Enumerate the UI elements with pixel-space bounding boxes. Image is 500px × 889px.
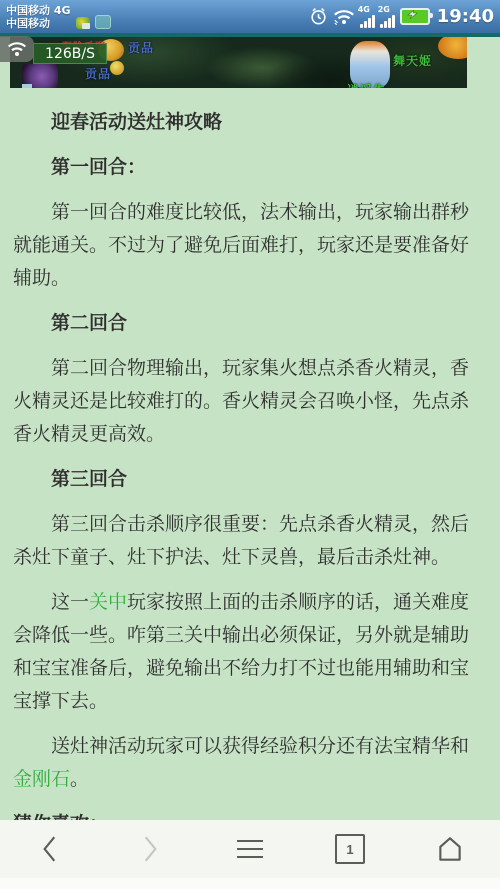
menu-button[interactable] [228, 829, 272, 869]
article-content: 迎春活动送灶神攻略 第一回合： 第一回合的难度比较低，法术输出，玩家输出群秒就能… [0, 88, 500, 820]
game-screenshot[interactable]: 驱除夭邪 贡品 贡品 舞天姬 逍遥生 126B/S [10, 37, 467, 88]
tribute-label-2: 贡品 [85, 65, 111, 82]
reward-text-post: 。 [70, 768, 89, 790]
paragraph-round-3-kill-order: 第三回合击杀顺序很重要：先点杀香火精灵，然后杀灶下童子、灶下护法、灶下灵兽，最后… [13, 508, 487, 574]
flower-sprite [438, 37, 467, 59]
heading-round-3: 第三回合 [13, 463, 487, 496]
paragraph-reward: 送灶神活动玩家可以获得经验积分还有法宝精华和金刚石。 [13, 730, 487, 796]
wifi-overlay-tab[interactable] [0, 36, 34, 62]
banner[interactable]: 驱除夭邪 贡品 贡品 舞天姬 逍遥生 126B/S [0, 33, 500, 88]
wifi-icon [333, 8, 355, 25]
alarm-clock-icon [309, 7, 328, 26]
tabs-icon: 1 [335, 834, 365, 864]
browser-navbar: 1 [0, 820, 500, 878]
network-speed-value: 126B/S [45, 46, 95, 62]
paragraph-tips: 这一关中玩家按照上面的击杀顺序的话，通关难度会降低一些。咋第三关中输出必须保证，… [13, 586, 487, 718]
paragraph-round-1: 第一回合的难度比较低，法术输出，玩家输出群秒就能通关。不过为了避免后面难打，玩家… [13, 196, 487, 295]
forward-icon [139, 834, 161, 864]
tips-text-pre: 这一 [51, 591, 89, 613]
wifi-overlay-icon [7, 41, 27, 57]
network-speed-indicator: 126B/S [33, 43, 107, 64]
signal-4g-label: 4G [358, 5, 370, 14]
gold-item-sprite [110, 61, 124, 75]
signal-4g-icon: 4G [360, 6, 375, 28]
tab-count: 1 [346, 842, 353, 857]
forward-button[interactable] [128, 829, 172, 869]
signal-2g-label: 2G [378, 5, 390, 14]
dancer-name-label: 舞天姬 [393, 52, 432, 69]
mms-icon [76, 17, 90, 29]
phone-screen: 中国移动 4G 中国移动 4G 2G [0, 0, 500, 889]
diamond-link[interactable]: 金刚石 [13, 768, 70, 790]
carrier-labels: 中国移动 4G 中国移动 [6, 4, 71, 30]
tribute-label-1: 贡品 [128, 39, 154, 56]
reward-text-pre: 送灶神活动玩家可以获得经验积分还有法宝精华和 [51, 735, 469, 757]
status-bar: 中国移动 4G 中国移动 4G 2G [0, 0, 500, 33]
signal-2g-icon: 2G [380, 6, 395, 28]
back-button[interactable] [28, 829, 72, 869]
article-title: 迎春活动送灶神攻略 [13, 106, 487, 139]
bottom-strip [0, 878, 500, 889]
xiaoyao-name-label: 逍遥生 [347, 81, 386, 88]
paragraph-round-2: 第二回合物理输出，玩家集火想点杀香火精灵，香火精灵还是比较难打的。香火精灵会召唤… [13, 352, 487, 451]
tabs-button[interactable]: 1 [328, 829, 372, 869]
home-button[interactable] [428, 829, 472, 869]
heading-round-1: 第一回合： [13, 151, 487, 184]
carrier-line2: 中国移动 [6, 17, 71, 30]
chat-icon [95, 15, 111, 29]
character-avatar [22, 64, 58, 88]
status-time: 19:40 [437, 6, 494, 27]
home-icon [435, 834, 465, 864]
menu-icon [234, 835, 266, 863]
heading-round-2: 第二回合 [13, 307, 487, 340]
status-icons: 4G 2G 19:40 [309, 6, 494, 28]
back-icon [39, 834, 61, 864]
carrier-line1: 中国移动 4G [6, 4, 71, 17]
carrier-info: 中国移动 4G 中国移动 [6, 4, 111, 30]
battery-charging-icon [400, 8, 430, 25]
level-link[interactable]: 关中 [89, 591, 127, 613]
